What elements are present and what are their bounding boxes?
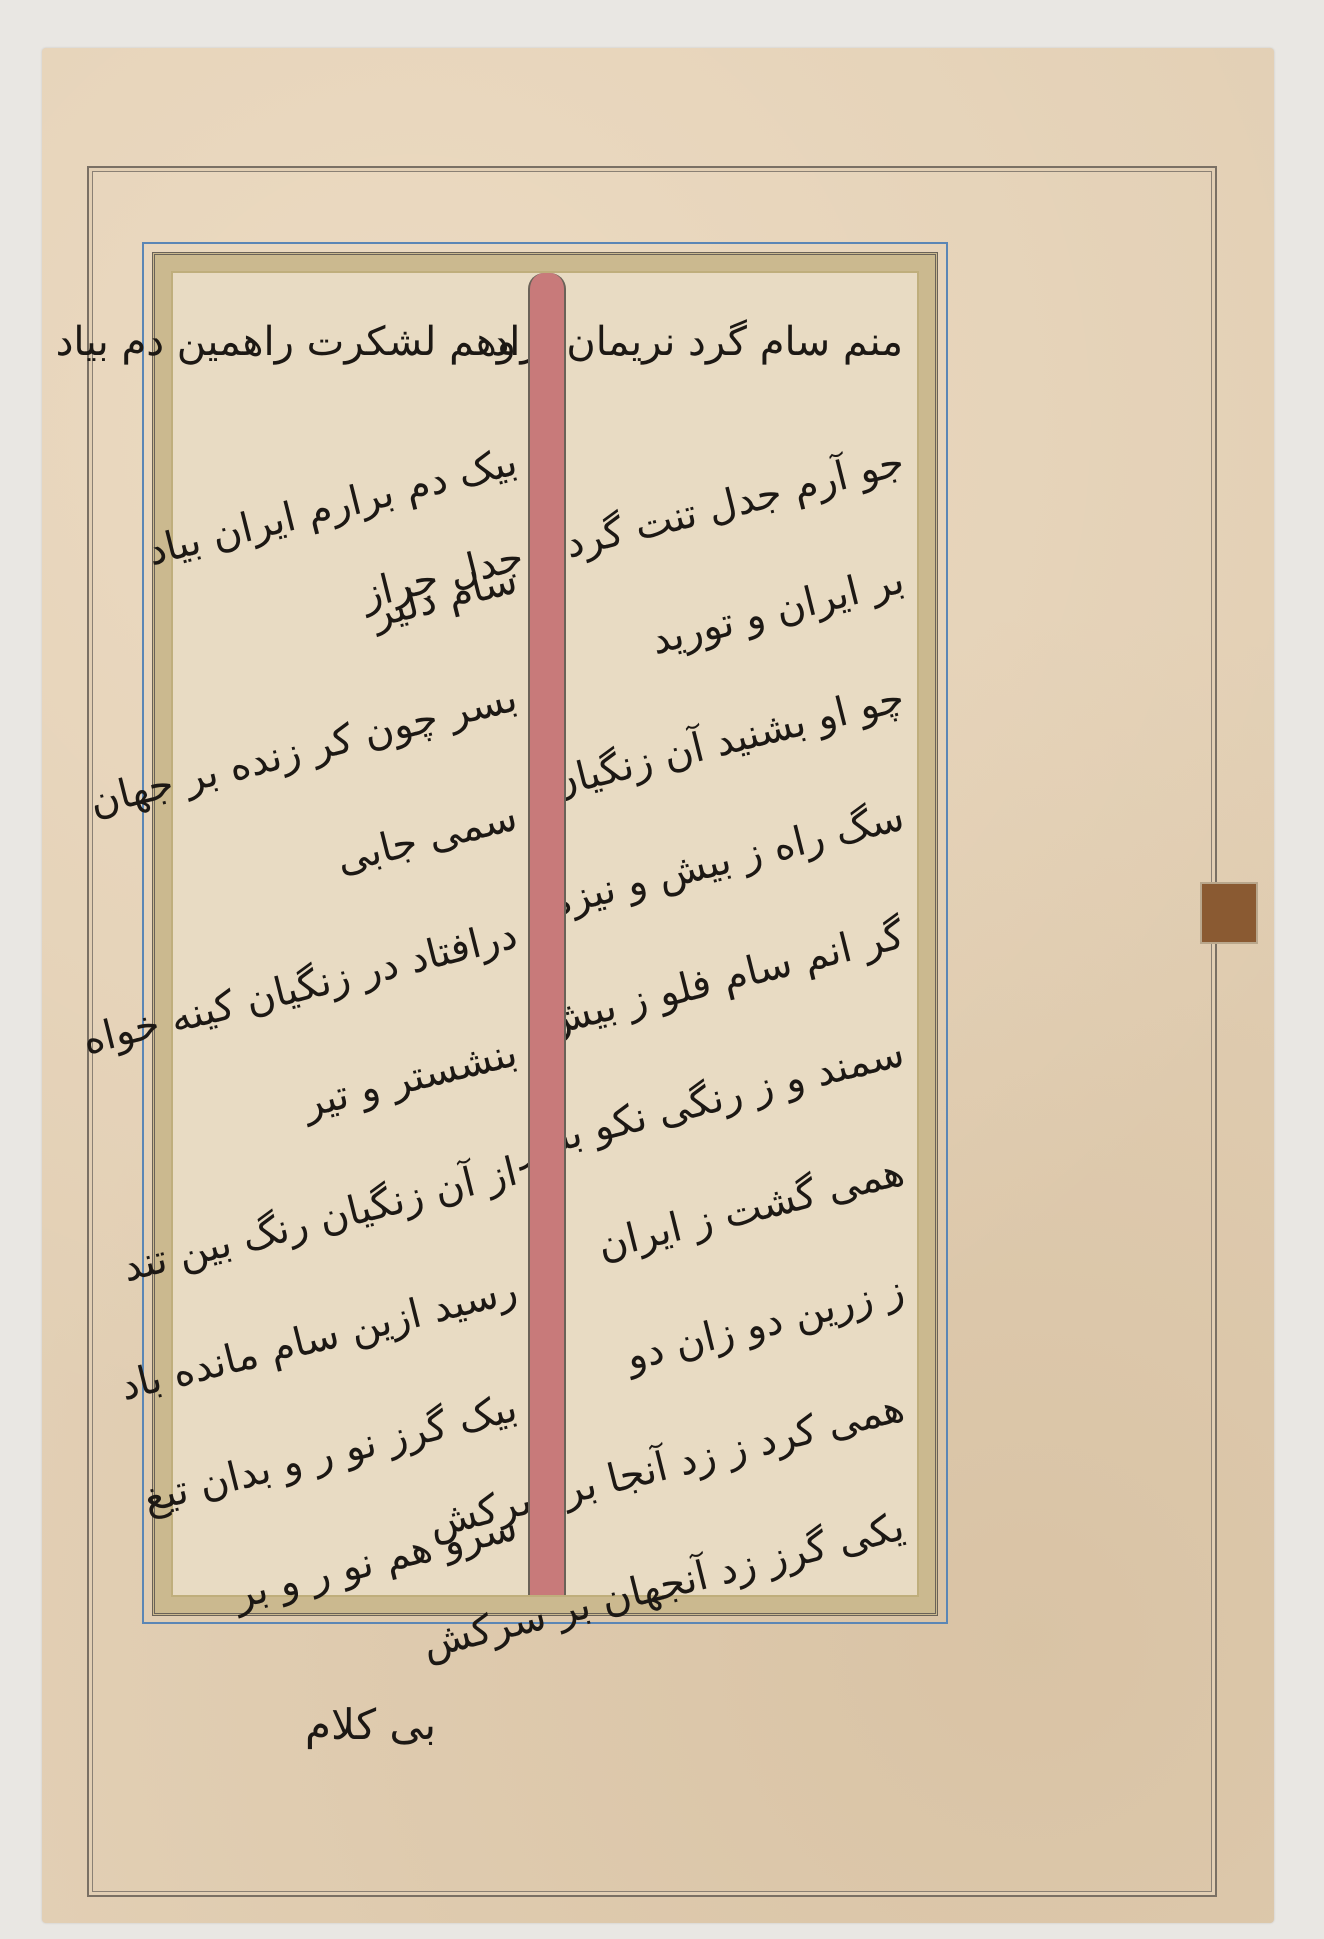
verse-line: سمند و ز رنگی نکو بنگر <box>578 1029 909 1155</box>
verse-line: درافتاد در زنگیان کینه خواه <box>191 911 522 1037</box>
verse-line: سگ راه ز بیش و نیزه <box>578 792 909 918</box>
verse-line: سام دلیر <box>191 556 522 682</box>
verse-line: بسر چون کر زنده بر جهان <box>191 674 522 800</box>
left-column: وهم لشکرت راهمین دم بیاد بیک دم برارم ای… <box>173 273 530 1595</box>
text-frame: منم سام گرد نریمان نژاد جو آرم جدل تنت گ… <box>152 252 938 1616</box>
verse-line: بیک دم برارم ایران بیاد <box>191 437 522 563</box>
verse-line: بر ایران و تورید <box>578 556 909 682</box>
right-column: منم سام گرد نریمان نژاد جو آرم جدل تنت گ… <box>560 273 917 1595</box>
column-divider <box>528 273 566 1595</box>
verse-line: بیک گرز نو ر و بدان تیغ <box>191 1384 522 1510</box>
verse-line: یکی گرز زد آنجهان بر سرکش <box>578 1502 909 1628</box>
verse-line: از آن زنگیان رنگ بین تند <box>191 1147 522 1273</box>
verse-line: همی کرد ز زد آنجا بر سرکش <box>578 1384 909 1510</box>
verse-line: وهم لشکرت راهمین دم بیاد <box>187 318 516 366</box>
verse-line: گر انم سام فلو ز بیش <box>578 911 909 1037</box>
leather-tab <box>1200 882 1258 944</box>
verse-line: رسید ازین سام مانده باد <box>191 1266 522 1392</box>
verse-line: همی گشت ز ایران <box>578 1147 909 1273</box>
verse-line: سمی جابی <box>191 792 522 918</box>
verse-line: بنشستر و تیر <box>191 1029 522 1155</box>
verse-line: چو او بشنید آن زنگیان <box>578 674 909 800</box>
verse-line: منم سام گرد نریمان نژاد <box>574 318 903 366</box>
catchword: بی کلام <box>305 1700 436 1749</box>
verse-line: جو آرم جدل تنت گرد و جدل جراز <box>578 437 909 563</box>
verse-line: ز زرین دو زان دو <box>578 1266 909 1392</box>
text-panel: منم سام گرد نریمان نژاد جو آرم جدل تنت گ… <box>171 271 919 1597</box>
